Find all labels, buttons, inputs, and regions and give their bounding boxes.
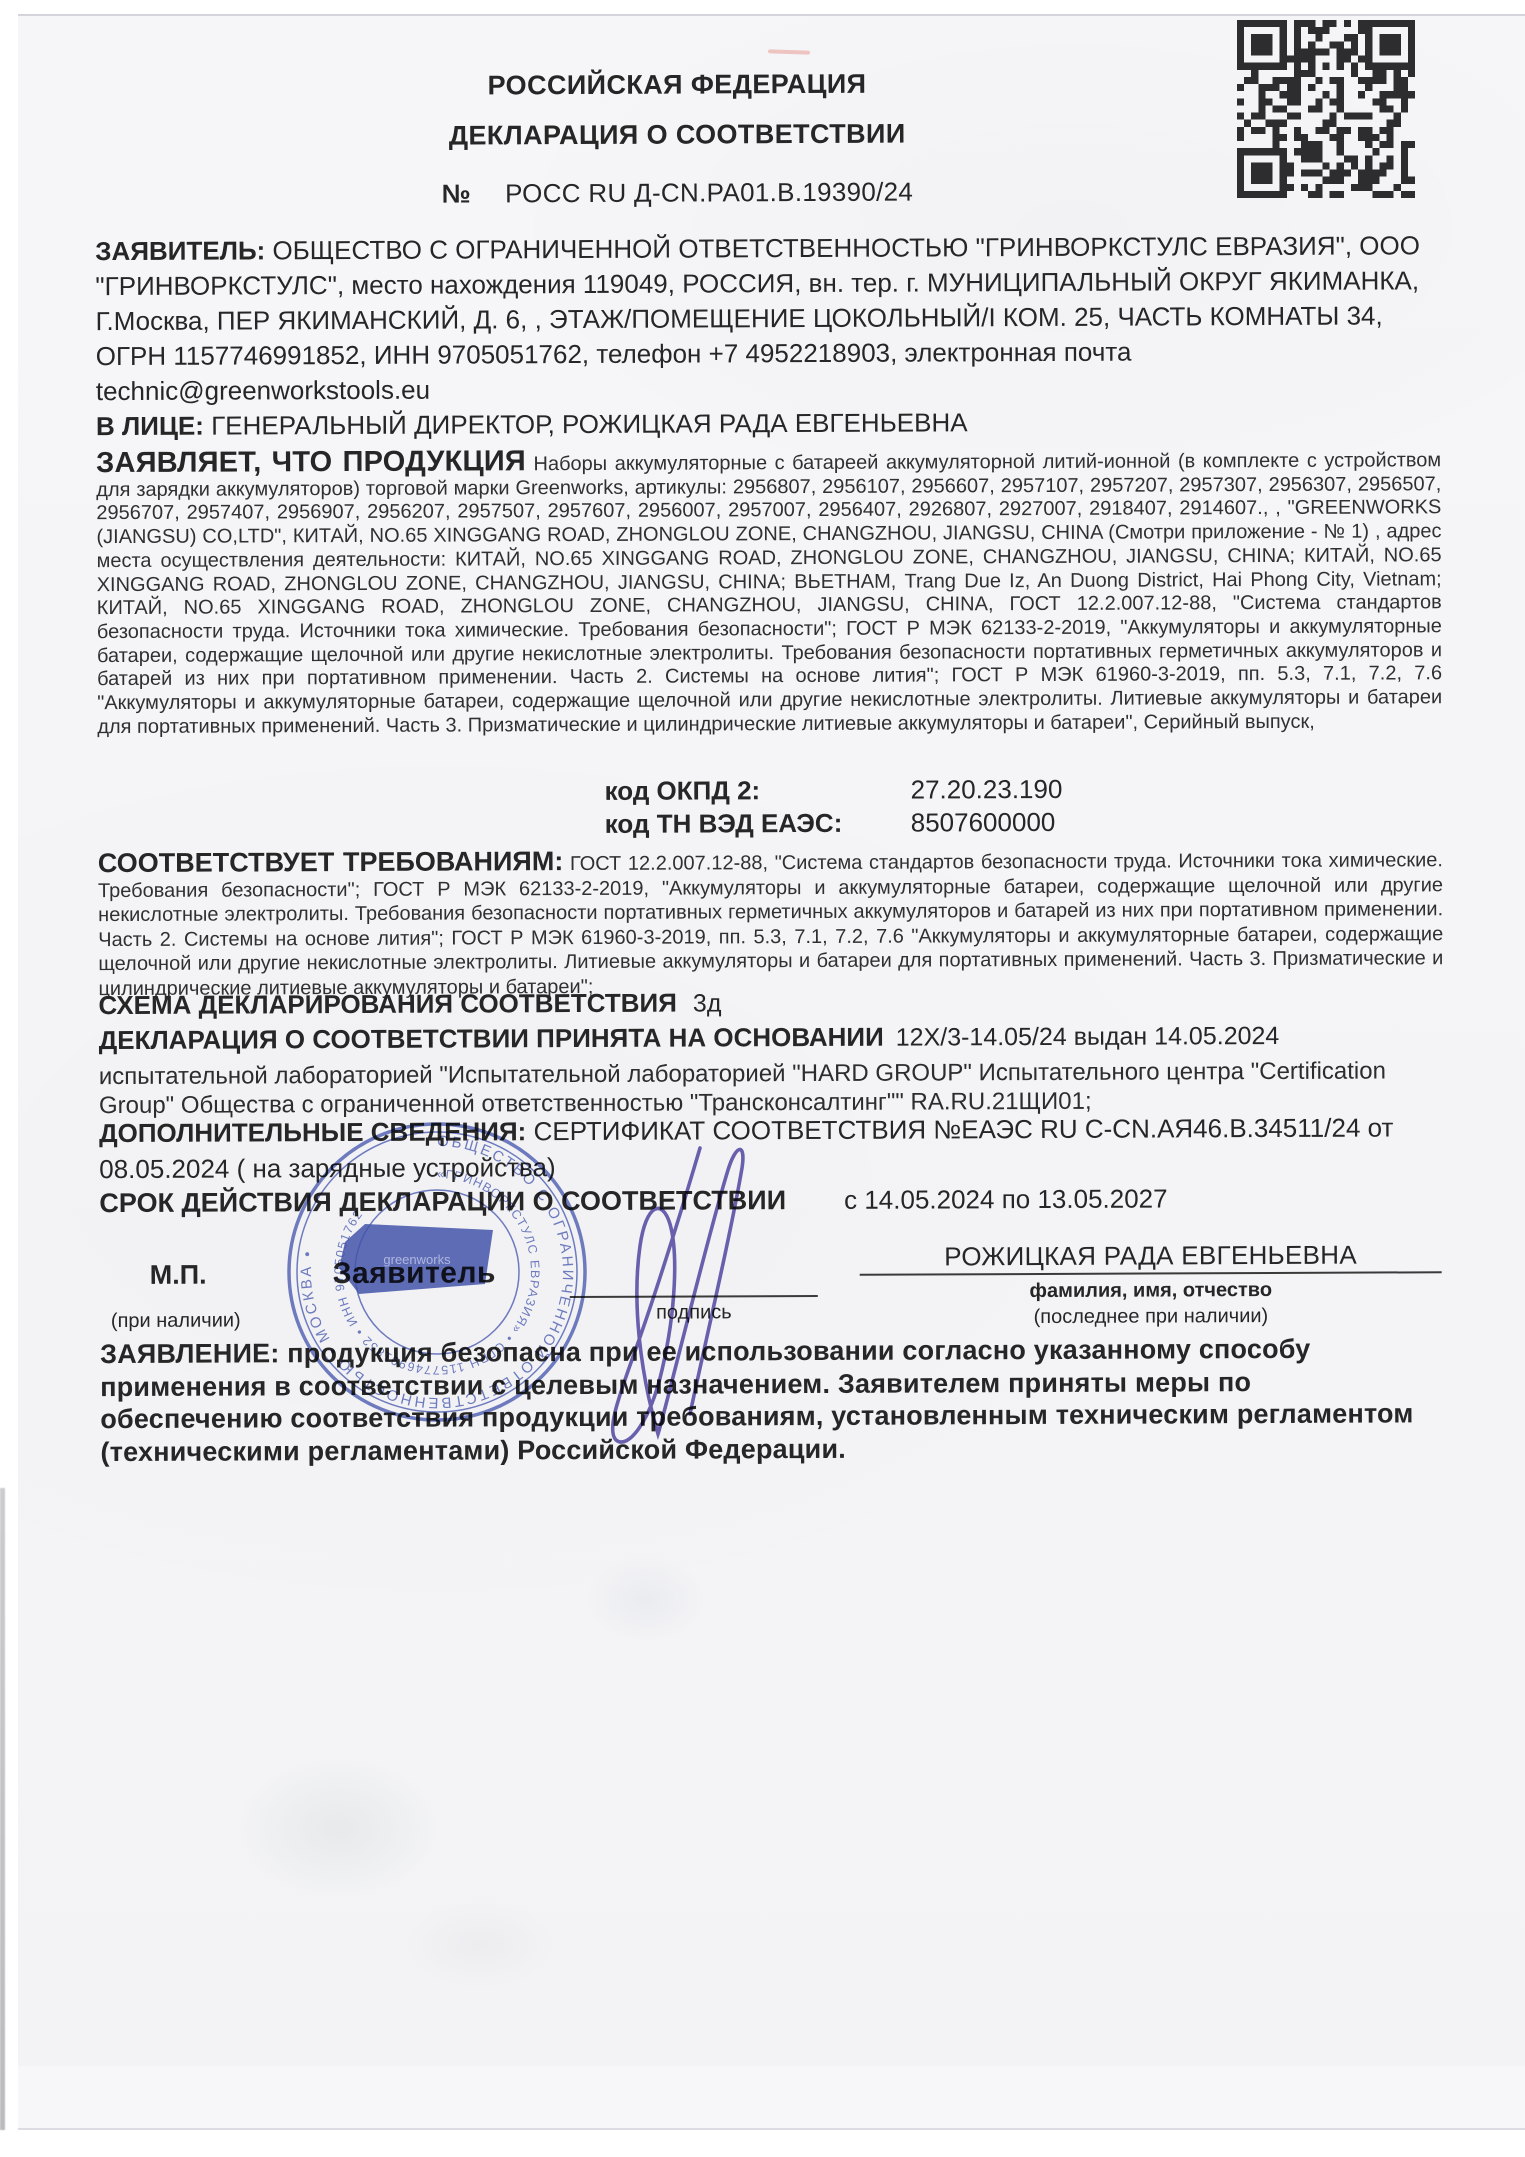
document-content: РОССИЙСКАЯ ФЕДЕРАЦИЯ ДЕКЛАРАЦИЯ О СООТВЕ…: [0, 0, 1525, 2157]
signer-name: РОЖИЦКАЯ РАДА ЕВГЕНЬЕВНА: [860, 1239, 1442, 1273]
stamp-logo-word: greenworks: [383, 1252, 451, 1267]
mp-note: (при наличии): [111, 1309, 241, 1333]
statement-label: ЗАЯВЛЕНИЕ:: [100, 1338, 280, 1369]
name-caption-note: (последнее при наличии): [860, 1304, 1442, 1330]
handwritten-signature: [560, 1120, 820, 1460]
name-caption: фамилия, имя, отчество: [860, 1278, 1442, 1304]
scan-left-edge-shadow: [0, 1488, 5, 2130]
mp-mark: М.П.: [150, 1260, 207, 1291]
company-stamp: ОБЩЕСТВО С ОГРАНИЧЕННОЙ ОТВЕТСТВЕННОСТЬЮ…: [267, 1102, 607, 1442]
stamp-center-logo: greenworks: [339, 1224, 493, 1294]
signature-block: М.П. (при наличии) Заявитель подпись РОЖ…: [0, 0, 1525, 2157]
declaration-scan-page: РОССИЙСКАЯ ФЕДЕРАЦИЯ ДЕКЛАРАЦИЯ О СООТВЕ…: [0, 0, 1525, 2157]
